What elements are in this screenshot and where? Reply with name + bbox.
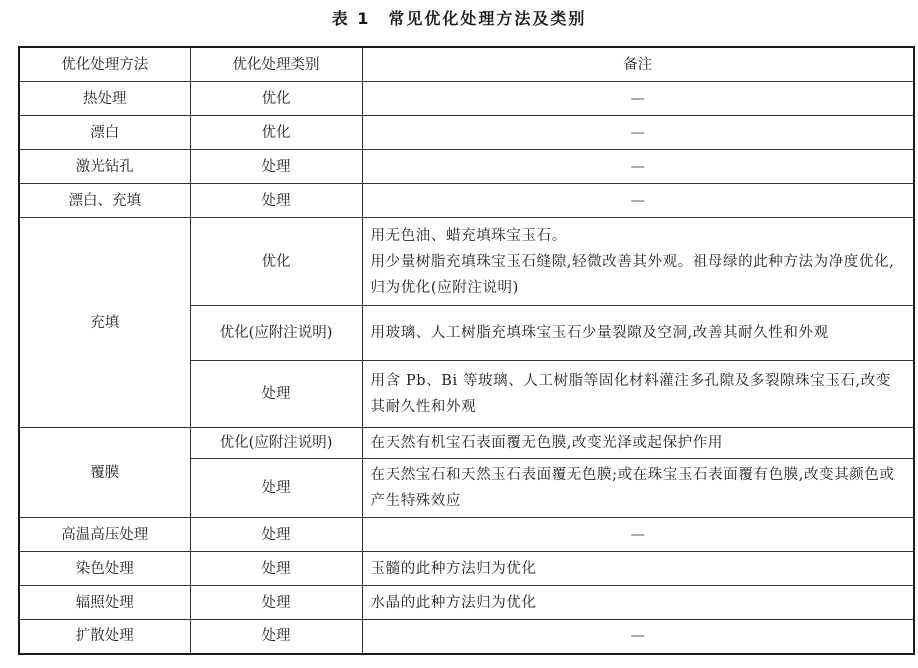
category-cell: 优化(应附注说明): [190, 428, 362, 459]
table-row: 高温高压处理 处理 —: [19, 518, 914, 552]
method-cell: 激光钻孔: [19, 150, 190, 184]
category-cell: 处理: [190, 620, 362, 654]
table-number: 表 1: [332, 9, 371, 28]
method-cell-coating: 覆膜: [19, 428, 190, 518]
note-cell: —: [362, 518, 914, 552]
table-row: 染色处理 处理 玉髓的此种方法归为优化: [19, 552, 914, 586]
method-cell: 漂白、充填: [19, 184, 190, 218]
note-line: 用无色油、蜡充填珠宝玉石。: [371, 223, 906, 249]
category-cell: 优化: [190, 82, 362, 116]
category-cell: 处理: [190, 459, 362, 518]
note-cell: 在天然宝石和天然玉石表面覆无色膜;或在珠宝玉石表面覆有色膜,改变其颜色或产生特殊…: [362, 459, 914, 518]
category-cell: 优化: [190, 218, 362, 306]
header-category: 优化处理类别: [190, 47, 362, 82]
note-cell: —: [362, 150, 914, 184]
note-cell: —: [362, 184, 914, 218]
table-row: 热处理 优化 —: [19, 82, 914, 116]
method-cell: 辐照处理: [19, 586, 190, 620]
method-cell: 漂白: [19, 116, 190, 150]
note-cell: —: [362, 116, 914, 150]
category-cell: 优化(应附注说明): [190, 306, 362, 361]
note-cell: 玉髓的此种方法归为优化: [362, 552, 914, 586]
table-row: 覆膜 优化(应附注说明) 在天然有机宝石表面覆无色膜,改变光泽或起保护作用: [19, 428, 914, 459]
header-note: 备注: [362, 47, 914, 82]
table-header-row: 优化处理方法 优化处理类别 备注: [19, 47, 914, 82]
category-cell: 优化: [190, 116, 362, 150]
table-title: 常见优化处理方法及类别: [388, 9, 586, 28]
method-cell: 扩散处理: [19, 620, 190, 654]
note-cell: 在天然有机宝石表面覆无色膜,改变光泽或起保护作用: [362, 428, 914, 459]
table-row: 激光钻孔 处理 —: [19, 150, 914, 184]
method-cell: 热处理: [19, 82, 190, 116]
note-cell: —: [362, 82, 914, 116]
category-cell: 处理: [190, 361, 362, 428]
table-row: 漂白、充填 处理 —: [19, 184, 914, 218]
note-cell: 用含 Pb、Bi 等玻璃、人工树脂等固化材料灌注多孔隙及多裂隙珠宝玉石,改变其耐…: [362, 361, 914, 428]
category-cell: 处理: [190, 552, 362, 586]
method-cell-filling: 充填: [19, 218, 190, 428]
category-cell: 处理: [190, 184, 362, 218]
treatment-methods-table: 优化处理方法 优化处理类别 备注 热处理 优化 — 漂白 优化 — 激光钻孔 处…: [18, 46, 915, 655]
category-cell: 处理: [190, 150, 362, 184]
header-method: 优化处理方法: [19, 47, 190, 82]
table-caption: 表 1常见优化处理方法及类别: [0, 6, 918, 29]
method-cell: 染色处理: [19, 552, 190, 586]
note-cell: 用无色油、蜡充填珠宝玉石。 用少量树脂充填珠宝玉石缝隙,轻微改善其外观。祖母绿的…: [362, 218, 914, 306]
note-line: 用少量树脂充填珠宝玉石缝隙,轻微改善其外观。祖母绿的此种方法为净度优化,归为优化…: [371, 249, 906, 301]
note-cell: 水晶的此种方法归为优化: [362, 586, 914, 620]
category-cell: 处理: [190, 518, 362, 552]
method-cell: 高温高压处理: [19, 518, 190, 552]
table-row: 扩散处理 处理 —: [19, 620, 914, 654]
note-cell: —: [362, 620, 914, 654]
table-row: 充填 优化 用无色油、蜡充填珠宝玉石。 用少量树脂充填珠宝玉石缝隙,轻微改善其外…: [19, 218, 914, 306]
category-cell: 处理: [190, 586, 362, 620]
note-cell: 用玻璃、人工树脂充填珠宝玉石少量裂隙及空洞,改善其耐久性和外观: [362, 306, 914, 361]
table-row: 辐照处理 处理 水晶的此种方法归为优化: [19, 586, 914, 620]
table-row: 漂白 优化 —: [19, 116, 914, 150]
